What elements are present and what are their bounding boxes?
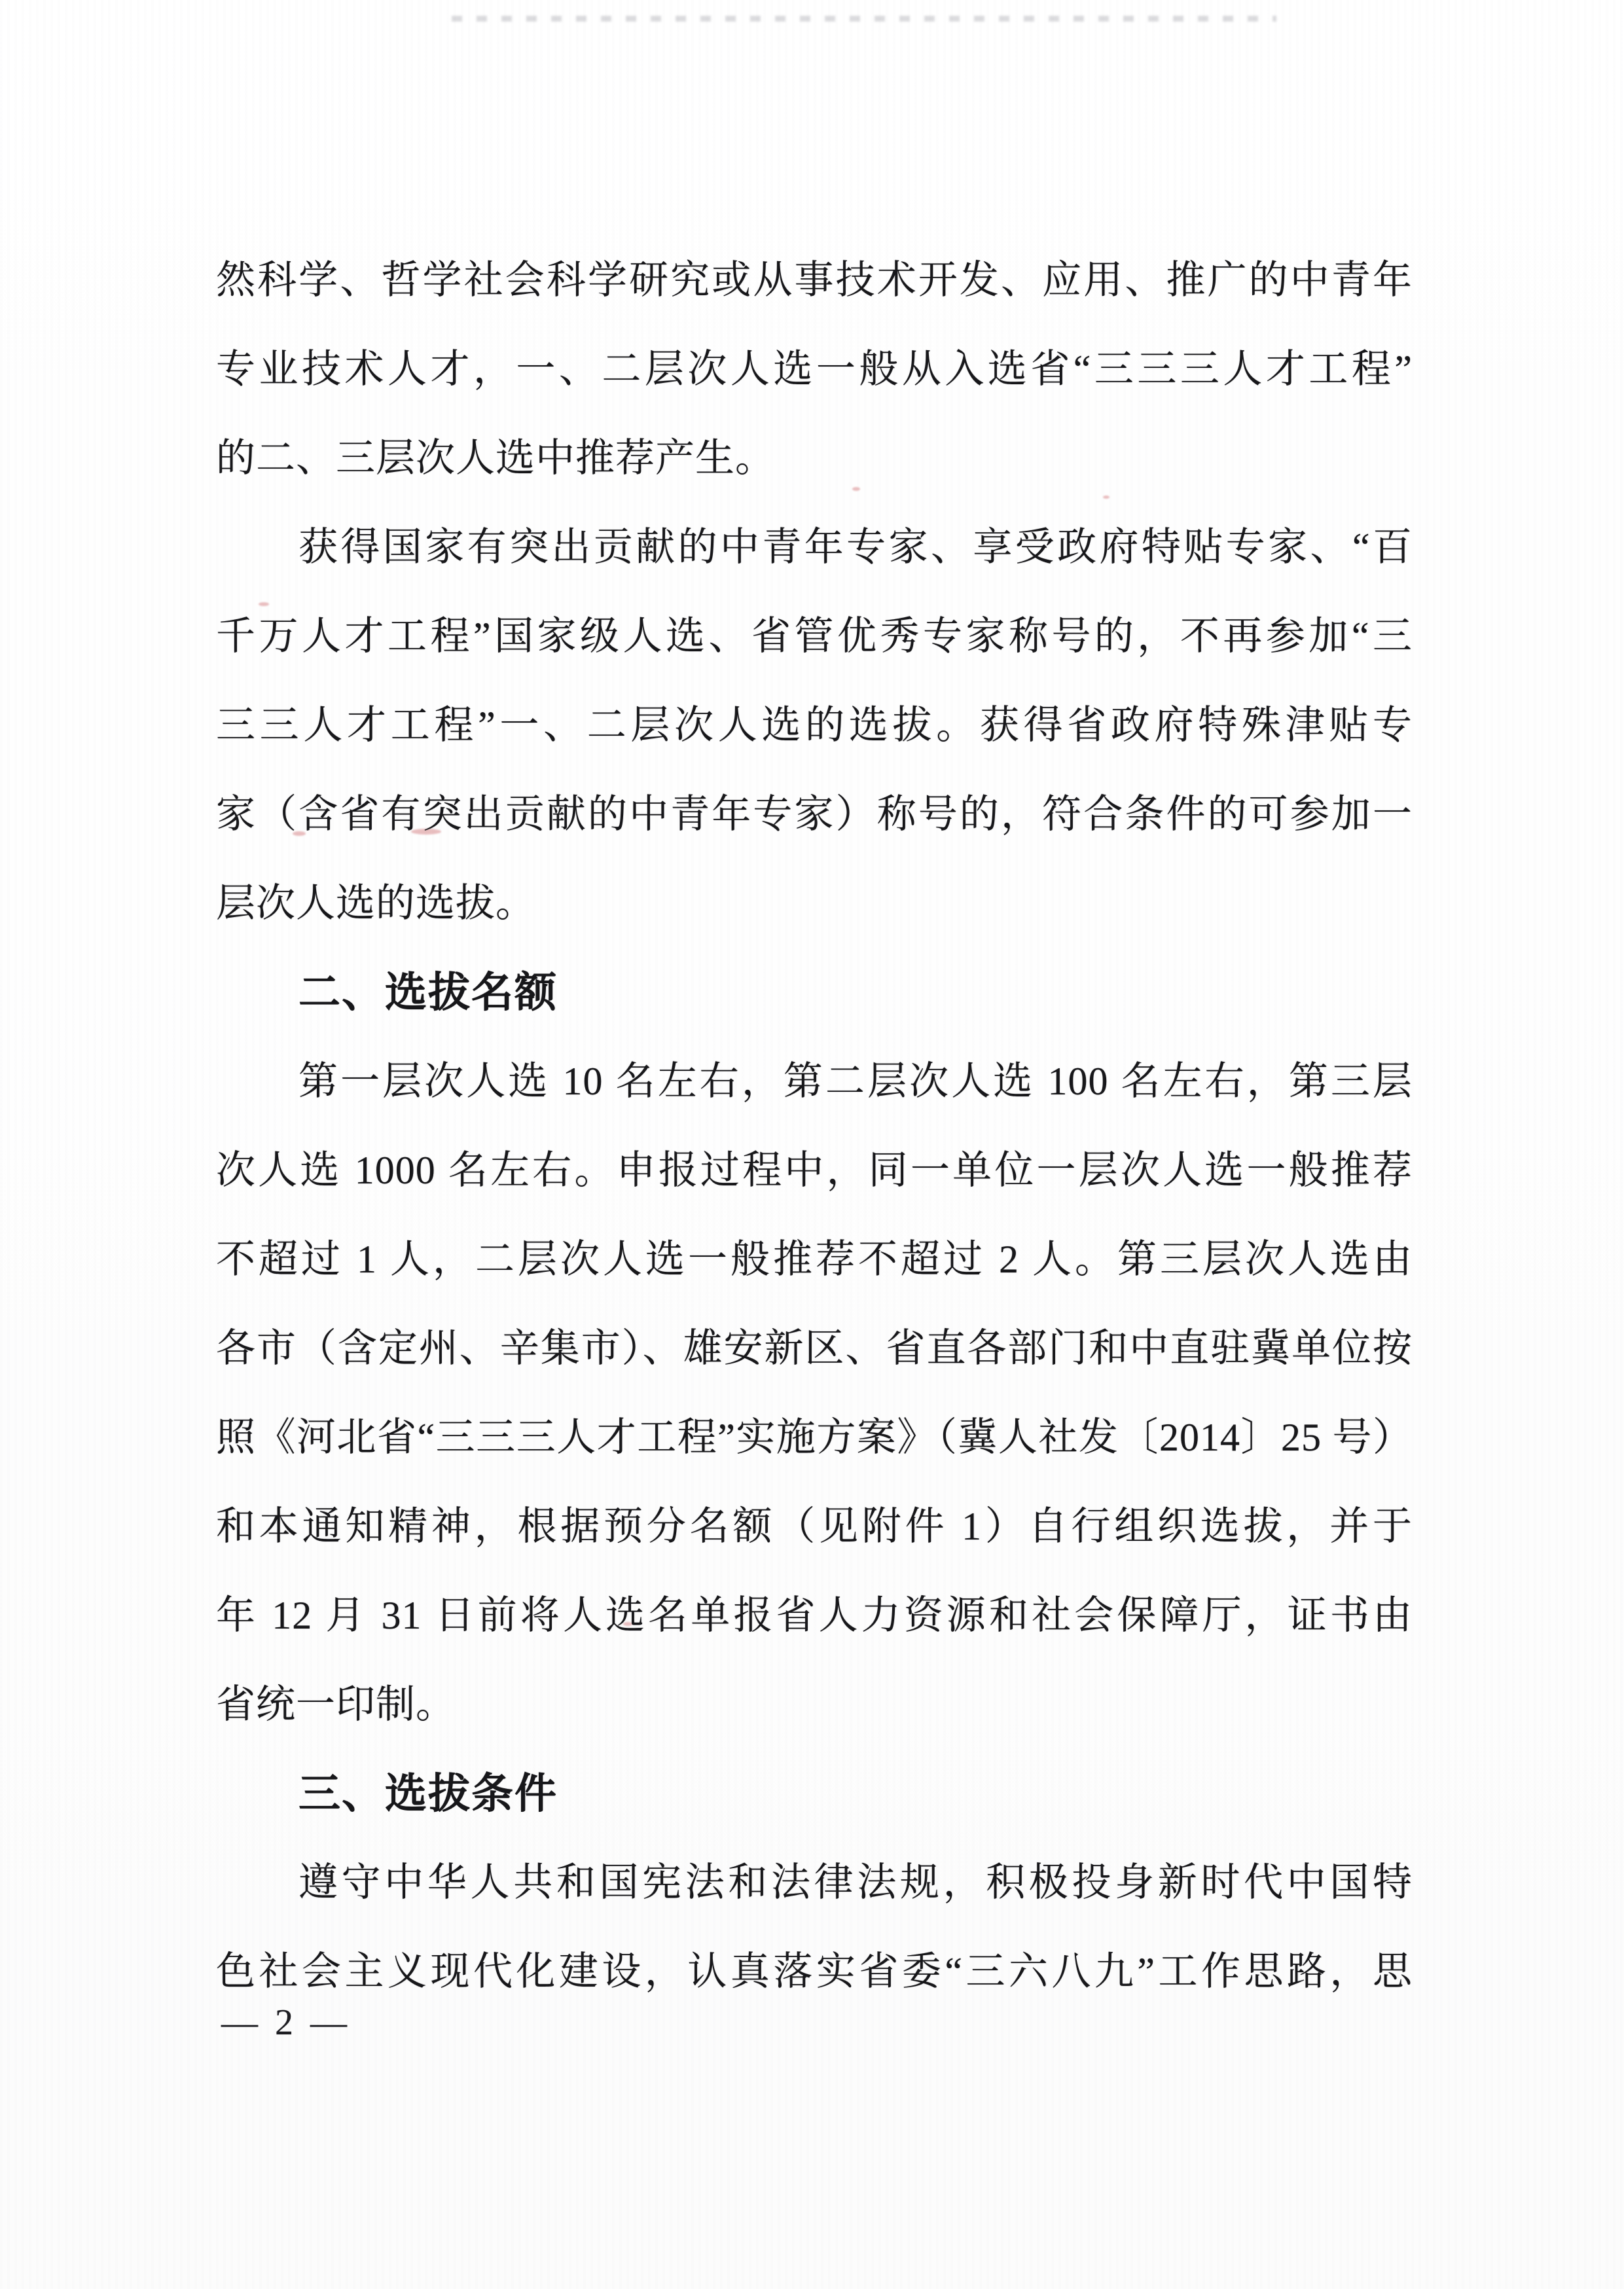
text-line: 专业技术人才，一、二层次人选一般从入选省“三三三人才工程” xyxy=(216,325,1413,414)
text-line: 获得国家有突出贡献的中青年专家、享受政府特贴专家、“百 xyxy=(216,503,1413,592)
text-line: 第一层次人选 10 名左右，第二层次人选 100 名左右，第三层 xyxy=(216,1037,1413,1126)
text-line: 和本通知精神，根据预分名额（见附件 1）自行组织选拔，并于 2019 xyxy=(216,1482,1413,1571)
scan-artifact xyxy=(452,16,1276,22)
text-line: 千万人才工程”国家级人选、省管优秀专家称号的，不再参加“三 xyxy=(216,592,1413,681)
text-line: 然科学、哲学社会科学研究或从事技术开发、应用、推广的中青年 xyxy=(216,236,1413,325)
text-line: 家（含省有突出贡献的中青年专家）称号的，符合条件的可参加一 xyxy=(216,770,1413,859)
scanned-page: 然科学、哲学社会科学研究或从事技术开发、应用、推广的中青年 专业技术人才，一、二… xyxy=(0,0,1624,2289)
text-line: 层次人选的选拔。 xyxy=(216,859,1413,948)
page-number: — 2 — xyxy=(221,2004,351,2041)
text-line: 各市（含定州、辛集市）、雄安新区、省直各部门和中直驻冀单位按 xyxy=(216,1304,1413,1393)
document-body: 然科学、哲学社会科学研究或从事技术开发、应用、推广的中青年 专业技术人才，一、二… xyxy=(216,236,1413,2016)
text-line: 不超过 1 人，二层次人选一般推荐不超过 2 人。第三层次人选由 xyxy=(216,1215,1413,1304)
section-heading: 三、选拔条件 xyxy=(216,1749,1413,1838)
text-line: 色社会主义现代化建设，认真落实省委“三六八九”工作思路，思 xyxy=(216,1927,1413,2016)
text-line: 次人选 1000 名左右。申报过程中，同一单位一层次人选一般推荐 xyxy=(216,1126,1413,1215)
text-line: 的二、三层次人选中推荐产生。 xyxy=(216,414,1413,503)
text-line: 照《河北省“三三三人才工程”实施方案》（冀人社发〔2014〕25 号） xyxy=(216,1393,1413,1482)
text-line: 年 12 月 31 日前将人选名单报省人力资源和社会保障厅，证书由 xyxy=(216,1571,1413,1660)
text-line: 三三人才工程”一、二层次人选的选拔。获得省政府特殊津贴专 xyxy=(216,681,1413,770)
text-line: 遵守中华人共和国宪法和法律法规，积极投身新时代中国特 xyxy=(216,1838,1413,1927)
text-line: 省统一印制。 xyxy=(216,1660,1413,1749)
section-heading: 二、选拔名额 xyxy=(216,948,1413,1037)
